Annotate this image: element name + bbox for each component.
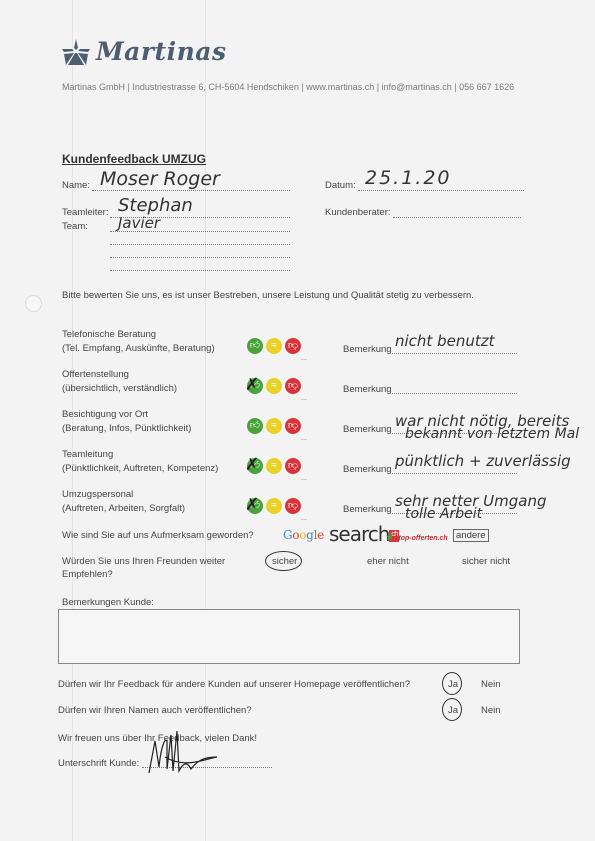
thumbs-down-icon: 👎︎ (285, 380, 301, 392)
rating-neutral-button[interactable]: ≈ (266, 498, 282, 514)
rating-bad-button[interactable]: 👎︎ (285, 498, 301, 514)
divider-tick (301, 359, 307, 360)
remark-label: Bemerkung (343, 464, 392, 475)
search-label: search (329, 522, 389, 546)
rating-row-label: Besichtigung vor Ort (Beratung, Infos, P… (62, 408, 191, 436)
rating-row-label: Telefonische Beratung (Tel. Empfang, Aus… (62, 328, 215, 356)
rating-title: Telefonische Beratung (62, 328, 215, 342)
star-icon: ★ (385, 532, 394, 543)
remark-label: Bemerkung (343, 384, 392, 395)
source-question: Wie sind Sie auf uns Aufmerksam geworden… (62, 530, 254, 541)
publish-name-question: Dürfen wir Ihren Namen auch veröffentlic… (58, 705, 252, 716)
publish-name-no[interactable]: Nein (481, 705, 501, 716)
divider-tick (301, 519, 307, 520)
team-line-4[interactable] (110, 270, 290, 271)
thumbs-down-icon: 👎︎ (285, 340, 301, 352)
rating-options: 👍︎✗ ≈ 👎︎ (247, 458, 301, 474)
recommend-option-eher-nicht[interactable]: eher nicht (367, 556, 409, 567)
recommend-option-sicher-nicht[interactable]: sicher nicht (462, 556, 510, 567)
signature-field[interactable] (145, 727, 225, 779)
cross-mark-icon: ✗ (245, 455, 259, 475)
rating-good-button[interactable]: 👍︎✗ (247, 498, 263, 514)
recommend-question-line2: Empfehlen? (62, 569, 113, 580)
rating-good-button[interactable]: 👍︎ (247, 418, 263, 434)
selection-circle (442, 698, 462, 721)
datum-label: Datum: (325, 180, 356, 191)
source-option-google[interactable]: Google (283, 528, 324, 542)
rating-options: 👍︎ ≈ 👎︎ (247, 418, 301, 434)
comments-label: Bemerkungen Kunde: (62, 597, 154, 608)
team-field-1[interactable]: Javier (118, 214, 160, 232)
cross-mark-icon: ✗ (245, 495, 259, 515)
rating-neutral-button[interactable]: ≈ (266, 418, 282, 434)
contact-line: Martinas GmbH | Industriestrasse 6, CH-5… (62, 82, 514, 92)
divider-tick (301, 439, 307, 440)
rating-title: Besichtigung vor Ort (62, 408, 191, 422)
name-field[interactable]: Moser Roger (100, 168, 220, 190)
teamleiter-field[interactable]: Stephan (118, 195, 193, 216)
remark-field-line2[interactable]: tolle Arbeit (405, 506, 482, 522)
teamleiter-label: Teamleiter: (62, 207, 108, 218)
thumbs-down-icon: 👎︎ (285, 500, 301, 512)
publish-feedback-question: Dürfen wir Ihr Feedback für andere Kunde… (58, 679, 410, 690)
selection-circle (265, 551, 302, 571)
team-line-2[interactable] (110, 244, 290, 245)
rating-options: 👍︎✗ ≈ 👎︎ (247, 378, 301, 394)
rating-title: Teamleitung (62, 448, 218, 462)
rating-options: 👍︎ ≈ 👎︎ (247, 338, 301, 354)
thumbs-down-icon: 👎︎ (285, 460, 301, 472)
rating-row-label: Offertenstellung (übersichtlich, verstän… (62, 368, 177, 396)
team-line-3[interactable] (110, 257, 290, 258)
remark-label: Bemerkung (343, 424, 392, 435)
remark-line (392, 473, 517, 474)
team-label: Team: (62, 221, 88, 232)
comments-textbox[interactable] (58, 609, 520, 664)
remark-line (392, 353, 517, 354)
rating-subtitle: (übersichtlich, verständlich) (62, 382, 177, 396)
recommend-question-line1: Würden Sie uns Ihren Freunden weiter (62, 556, 225, 567)
rating-good-button[interactable]: 👍︎✗ (247, 378, 263, 394)
divider-tick (301, 479, 307, 480)
kundenberater-field[interactable] (393, 217, 521, 218)
rating-good-button[interactable]: 👍︎✗ (247, 458, 263, 474)
company-logo: Martinas (62, 37, 227, 66)
brand-name: Martinas (96, 37, 227, 66)
thumbs-sideways-icon: ≈ (266, 380, 282, 392)
thumbs-up-icon: 👍︎ (247, 420, 263, 432)
signature-label: Unterschrift Kunde: (58, 758, 139, 769)
rating-title: Offertenstellung (62, 368, 177, 382)
datum-field[interactable]: 25.1.20 (365, 167, 452, 189)
datum-line (358, 190, 524, 191)
rating-good-button[interactable]: 👍︎ (247, 338, 263, 354)
rating-subtitle: (Pünktlichkeit, Auftreten, Kompetenz) (62, 462, 218, 476)
top-offerten-label: top-offerten.ch (398, 535, 447, 542)
intro-text: Bitte bewerten Sie uns, es ist unser Bes… (62, 290, 474, 301)
rating-row-label: Umzugspersonal (Auftreten, Arbeiten, Sor… (62, 488, 185, 516)
selection-circle (442, 672, 462, 695)
thumbs-sideways-icon: ≈ (266, 420, 282, 432)
rating-options: 👍︎✗ ≈ 👎︎ (247, 498, 301, 514)
rating-neutral-button[interactable]: ≈ (266, 458, 282, 474)
rating-neutral-button[interactable]: ≈ (266, 378, 282, 394)
rating-subtitle: (Auftreten, Arbeiten, Sorgfalt) (62, 502, 185, 516)
remark-field-line2[interactable]: bekannt von letztem Mal (405, 426, 579, 442)
remark-label: Bemerkung (343, 344, 392, 355)
thumbs-sideways-icon: ≈ (266, 460, 282, 472)
rating-bad-button[interactable]: 👎︎ (285, 458, 301, 474)
remark-line (392, 393, 517, 394)
rating-row-label: Teamleitung (Pünktlichkeit, Auftreten, K… (62, 448, 218, 476)
rating-bad-button[interactable]: 👎︎ (285, 338, 301, 354)
thumbs-down-icon: 👎︎ (285, 420, 301, 432)
rating-neutral-button[interactable]: ≈ (266, 338, 282, 354)
remark-field[interactable]: pünktlich + zuverlässig (395, 452, 571, 470)
publish-feedback-no[interactable]: Nein (481, 679, 501, 690)
remark-label: Bemerkung (343, 504, 392, 515)
rating-bad-button[interactable]: 👎︎ (285, 378, 301, 394)
kundenberater-label: Kundenberater: (325, 207, 391, 218)
remark-field[interactable]: nicht benutzt (395, 332, 494, 350)
rating-bad-button[interactable]: 👎︎ (285, 418, 301, 434)
rating-title: Umzugspersonal (62, 488, 185, 502)
source-option-andere[interactable]: andere (453, 529, 489, 542)
thumbs-sideways-icon: ≈ (266, 500, 282, 512)
name-line (92, 190, 290, 191)
name-label: Name: (62, 180, 90, 191)
thumbs-sideways-icon: ≈ (266, 340, 282, 352)
cross-mark-icon: ✗ (245, 375, 259, 395)
rating-subtitle: (Tel. Empfang, Auskünfte, Beratung) (62, 342, 215, 356)
thumbs-up-icon: 👍︎ (247, 340, 263, 352)
source-option-top-offerten[interactable]: ★ top-offerten.ch (385, 527, 448, 545)
divider-tick (301, 399, 307, 400)
martinas-star-icon (62, 39, 90, 65)
punch-hole (25, 295, 42, 312)
form-title: Kundenfeedback UMZUG (62, 152, 206, 166)
rating-subtitle: (Beratung, Infos, Pünktlichkeit) (62, 422, 191, 436)
